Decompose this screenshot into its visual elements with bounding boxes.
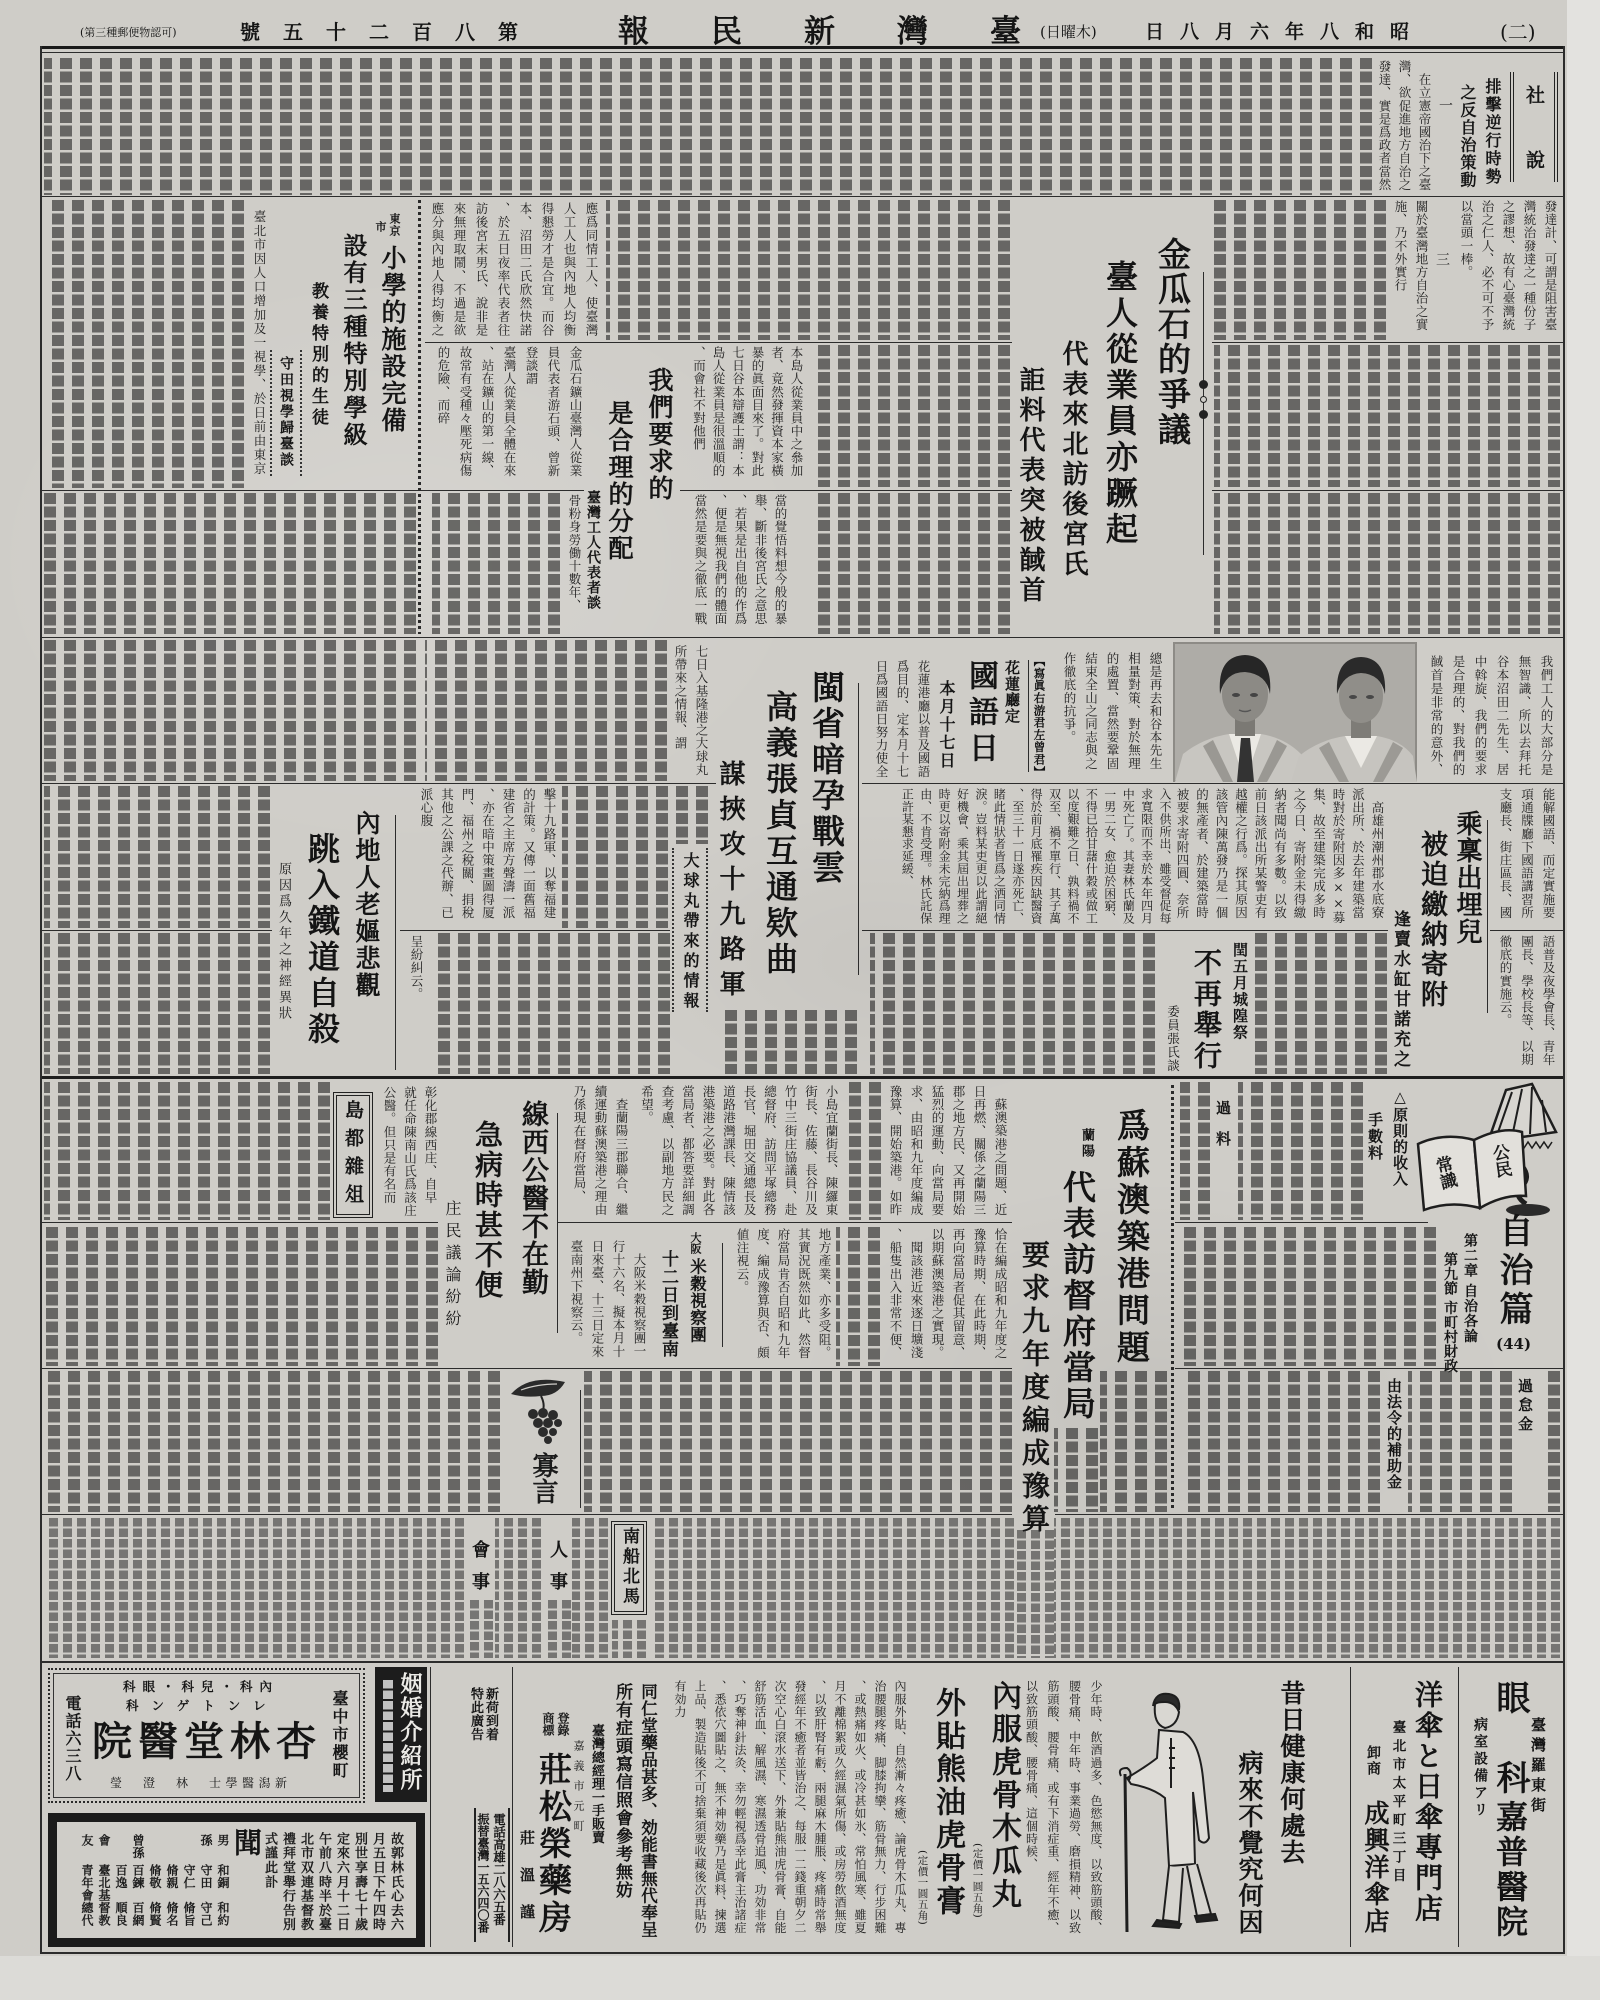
medicine-product: 內服虎骨木瓜丸 bbox=[988, 1680, 1018, 1911]
article-subhead: 跳入鐵道自殺 bbox=[306, 832, 338, 1048]
article-subhead: 本月十七日 bbox=[938, 680, 954, 770]
ornament-dot bbox=[1199, 380, 1208, 389]
body-text-block bbox=[810, 345, 1010, 487]
article-body: 能解國語、而定實施要項通牒廳下國語講習所支廳長、街庄區長、國 bbox=[1493, 788, 1559, 928]
medicine-tagline: 昔日健康何處去 bbox=[1279, 1680, 1304, 1866]
pharmacy-name: 莊松榮藥房 bbox=[537, 1752, 570, 1937]
clinic-name: 杏林堂醫院 bbox=[92, 1722, 322, 1762]
body-text-block bbox=[430, 933, 670, 1074]
article-body: 應爲同情工人、使臺灣人工人也與內地人均衡得懇勞才是合宜。而谷本、沼田二氏欣然快諾… bbox=[426, 202, 602, 340]
medicine-tagline: 病來不覺究何因 bbox=[1237, 1750, 1262, 1936]
body-text-block bbox=[44, 1371, 500, 1512]
article-headline: 不再舉行 bbox=[1192, 948, 1220, 1072]
body-text-block bbox=[1180, 1371, 1380, 1512]
body-text-block bbox=[1214, 345, 1560, 487]
tier-rule bbox=[1212, 490, 1563, 491]
article-subhead: 代表來北訪後宮氏 bbox=[1060, 340, 1086, 580]
article-subhead: 十二日到臺南 bbox=[659, 1250, 676, 1358]
body-text-block bbox=[1054, 1428, 1098, 1512]
family-column: 男和銅 和約 bbox=[214, 1834, 231, 1938]
article-column: 彰化郡線西庄、自早 bbox=[420, 1086, 441, 1220]
article-body: 我們工人的大部分是無智識、所以去拜托谷本沼田二先生、居中斡旋、我們的要求是合理的… bbox=[1425, 655, 1557, 780]
tier-rule bbox=[1175, 1222, 1428, 1223]
clinic-departments: 內科・兒科・眼科 bbox=[123, 1681, 279, 1694]
column-rule bbox=[580, 1390, 581, 1508]
article-body: 彰化郡線西庄、自早 就任命陳南山氏爲該庄 公醫。但只是有名而 bbox=[378, 1086, 440, 1220]
article-column: 就任命陳南山氏爲該庄 bbox=[399, 1086, 420, 1220]
arrival-notice-line: 新荷到着 bbox=[484, 1687, 497, 1741]
newspaper-page: (第三種郵便物認可) 第八百二十五號 臺灣新民報 (木曜日) 昭和八年六月八日 … bbox=[0, 0, 1600, 2000]
tier-rule bbox=[1175, 1368, 1563, 1369]
clinic-xray: レントゲン科 bbox=[126, 1700, 278, 1713]
eye-clinic-name: 嘉普醫院 bbox=[1494, 1800, 1526, 1940]
article-body: 高雄州潮州郡水底寮派出所、於去年建築當時對於寄附因多××募集、故至建築完成多時之… bbox=[1175, 788, 1387, 928]
editorial-headline-line1: 排擊逆行時勢 bbox=[1484, 78, 1500, 186]
body-text-block bbox=[674, 786, 708, 844]
article-paragraph: 聞該港近來逐日壙淺、船隻出入非常不便、並 bbox=[885, 1228, 927, 1363]
eye-clinic-note: 病室設備アリ bbox=[1473, 1717, 1487, 1819]
small-print-block bbox=[495, 1518, 541, 1658]
editorial-body: 關於臺灣地方自治之實施、乃不外實行 bbox=[1390, 200, 1432, 340]
body-text-block bbox=[1180, 1082, 1210, 1220]
article-subhead: 代表訪督府當局 bbox=[1061, 1170, 1094, 1422]
arrival-notice-line: 特此廣告 bbox=[469, 1687, 482, 1741]
article-body: 查蘭陽三郡聯合、繼續運動蘇澳築港之理由乃係現在督府當局、 bbox=[568, 1085, 632, 1220]
article-body: 本島人從業員中之叅加者、竟然發揮資本家橫暴的眞面目來了。對此七日谷本辯護士謂：本… bbox=[688, 346, 806, 486]
dongrentang-line: 所有症頭寫信照會參考無妨 bbox=[613, 1683, 630, 1899]
frame-right bbox=[1563, 46, 1565, 1954]
family-column: 百逸 順良 bbox=[112, 1834, 129, 1938]
clinic-doctor: 新潟醫學士 林 澄 瑩 bbox=[110, 1777, 292, 1789]
series-title: 自治篇 bbox=[1496, 1213, 1530, 1330]
small-print-block bbox=[650, 1518, 1014, 1658]
civics-subhead: 由法令的補助金 bbox=[1386, 1378, 1401, 1490]
body-text-block bbox=[606, 200, 1010, 340]
tier-rule bbox=[680, 490, 1012, 491]
small-print-block bbox=[1054, 1518, 1560, 1658]
civics-subhead: 手數料 bbox=[1367, 1112, 1382, 1162]
family-column: 孫守田 守己 bbox=[197, 1834, 214, 1938]
tier-rule bbox=[1490, 930, 1563, 931]
article-subhead: 急病時甚不便 bbox=[473, 1120, 501, 1300]
tier-rule bbox=[42, 196, 1563, 197]
dotted-column-rule bbox=[418, 200, 421, 634]
body-text-block bbox=[44, 640, 416, 781]
body-text-block bbox=[836, 1227, 880, 1366]
marriage-agency-title: 姻婚介紹所 bbox=[399, 1672, 421, 1792]
article-headline: 爲蘇澳築港問題 bbox=[1115, 1108, 1148, 1367]
frame-bottom bbox=[40, 1952, 1565, 1954]
body-text-block bbox=[432, 493, 560, 634]
small-print-block bbox=[612, 1620, 646, 1658]
article-headline: 米穀視察團 bbox=[688, 1258, 705, 1343]
article-body: 地方產業、亦多受阻。其實況既然如此、然督府當局肯否自昭和九年度、編成豫算與否、頗… bbox=[730, 1228, 834, 1363]
tier-rule bbox=[42, 1514, 1012, 1515]
small-print-block bbox=[467, 1600, 493, 1658]
umbrella-shop-name: 成興洋傘店 bbox=[1363, 1800, 1388, 1935]
article-headline: 閩省暗孕戰雲 bbox=[810, 670, 843, 886]
body-text-block bbox=[44, 1082, 330, 1220]
small-print-block bbox=[44, 1518, 464, 1658]
civics-subhead: △原則的收入 bbox=[1392, 1088, 1407, 1187]
article-kicker: 閏五月城隍祭 bbox=[1232, 942, 1247, 1041]
article-body: 擊十九路軍、以奪福建的計策。又傳一面舊福建省之主席方聲濤一派、亦在暗中策畫圖得厦… bbox=[415, 788, 559, 928]
interview-byline: 臺灣工人代表者談 bbox=[586, 490, 600, 610]
obituary-notice: 故郭林氏心去六月五日下午四時別世享壽七十歲定來六月十二日午前八時半於臺北市双連基… bbox=[258, 1832, 404, 1933]
dongrentang-line: 同仁堂藥品甚多、効能書無代奉呈 bbox=[639, 1683, 656, 1938]
lamp-and-book-illustration: 常識 公民 bbox=[1410, 1082, 1558, 1220]
body-text-block bbox=[44, 58, 1372, 195]
family-column: 會臺北基督教 bbox=[95, 1834, 112, 1938]
editorial-headline-line2: 之反自治策動 bbox=[1459, 84, 1475, 189]
body-text-block bbox=[584, 1371, 1012, 1512]
ad-rule bbox=[512, 1667, 513, 1947]
civics-subhead: 過怠金 bbox=[1517, 1378, 1532, 1435]
body-text-block bbox=[44, 786, 270, 928]
editorial-body: 發達計、可謂是阻害臺灣統治發達之一種份子之謬想、故有心臺灣統治之仁人、必不可不予… bbox=[1456, 200, 1561, 340]
article-byline: 委員張氏談 bbox=[1166, 1005, 1179, 1073]
article-body: 小島宜蘭街長、陳纙東街長、佐藤、長谷川及竹中三街庄協議員、赴總督府、訪問平塚總務… bbox=[635, 1085, 841, 1220]
article-subhead: 臺人從業員亦蹶起 bbox=[1104, 260, 1136, 548]
article-headline: 小學的施設完備 bbox=[380, 245, 405, 434]
article-body: 七日入基隆港之大球丸所帶來之情報、謂 bbox=[670, 645, 712, 781]
body-text-block bbox=[810, 493, 1010, 634]
ad-rule bbox=[430, 1667, 431, 1947]
body-text-block bbox=[1252, 933, 1387, 1074]
section-title: 第九節 市町村財政 bbox=[1443, 1252, 1457, 1373]
article-kicker: 逢賣水缸甘諾充之 bbox=[1391, 910, 1408, 1070]
medicine-price: (定價一圓五角) bbox=[917, 1850, 928, 1925]
tier-rule bbox=[557, 1222, 1012, 1223]
article-subhead: 設有三種特別學級 bbox=[341, 233, 365, 449]
article-kicker: 東京 bbox=[389, 213, 400, 237]
article-kicker: 花蓮廳定 bbox=[1004, 660, 1019, 724]
article-body: 蘇澳築港之問題、近日再燃、關係之蘭陽三郡之地方民、又再開始猛烈的運動、向當局要求… bbox=[885, 1085, 1011, 1220]
pharmacy-distributor: 臺灣總經理一手販賣 bbox=[590, 1724, 603, 1844]
tier-rule bbox=[42, 637, 1563, 638]
article-headline: 線西公醫不在勤 bbox=[519, 1100, 546, 1296]
meetings-heading: 會事 bbox=[470, 1540, 488, 1604]
column-rule bbox=[557, 1113, 558, 1333]
family-column: 脩親 脩名 bbox=[163, 1834, 180, 1938]
article-body: 臺北市因人口增加及一視學、於日前由東京教 bbox=[248, 210, 269, 488]
tier-rule bbox=[42, 783, 716, 784]
paper-edge bbox=[1567, 0, 1600, 2000]
body-text-block bbox=[1540, 1371, 1560, 1512]
page-number: (二) bbox=[1500, 22, 1536, 42]
ornament-dot bbox=[1200, 396, 1207, 403]
article-body: 語普及夜學會長、青年團長、學校長等、以期徹底的實施云。 bbox=[1493, 935, 1559, 1074]
column-rule bbox=[722, 1243, 723, 1347]
editorial-section-mark: 一 bbox=[1438, 98, 1452, 112]
body-text-block bbox=[1408, 1371, 1512, 1512]
portrait-photo bbox=[1173, 642, 1417, 782]
eye-clinic-location: 臺灣羅東街 bbox=[1530, 1717, 1545, 1817]
tier-rule bbox=[42, 1368, 1012, 1369]
civics-subhead: 過料 bbox=[1215, 1100, 1230, 1162]
medicine-price: (定價一圓五角) bbox=[972, 1843, 983, 1918]
article-body: 花蓮港廳以普及國語爲目的、定本月十七日爲國語日努力使全住民 bbox=[870, 660, 934, 782]
article-byline: 原因爲久年之神經異狀 bbox=[277, 862, 290, 1022]
family-column: 曾孫百鍊 百網 bbox=[129, 1834, 146, 1938]
medicine-product: 外貼熊油虎骨膏 bbox=[932, 1687, 962, 1918]
article-headline: 內地人老嫗悲觀 bbox=[354, 810, 379, 999]
body-text-block bbox=[870, 933, 1155, 1074]
pharmacy-trademark: 登錄商標 bbox=[540, 1712, 570, 1739]
frame-left bbox=[40, 46, 42, 1954]
tier-rule bbox=[862, 930, 1388, 931]
tier-rule bbox=[425, 342, 1012, 343]
column-title-quiet-words: 寡言 bbox=[528, 1451, 558, 1504]
interview-headline: 是合理的分配 bbox=[607, 400, 632, 562]
article-body: 呈紛糾云。 bbox=[404, 935, 426, 1035]
body-text-block bbox=[44, 933, 270, 1074]
newspaper-title: 臺灣新民報 bbox=[618, 17, 1083, 48]
photo-caption: 【寫眞右游君左曾君】 bbox=[1033, 655, 1045, 778]
body-text-block bbox=[1214, 200, 1386, 340]
editorial-label: 社說 bbox=[1524, 85, 1543, 215]
article-subhead: 謀挾攻十九路軍 bbox=[717, 760, 743, 1005]
dotted-column-rule bbox=[1171, 1085, 1174, 1510]
body-text-block bbox=[1238, 1082, 1363, 1220]
family-column: 守仁 脩旨 bbox=[180, 1834, 197, 1938]
umbrella-headline: 洋傘と日傘專門店 bbox=[1413, 1680, 1441, 1924]
ad-rule bbox=[1350, 1667, 1351, 1947]
grapes-illustration: 寡言 bbox=[503, 1372, 579, 1510]
article-subhead: 被迫繳納寄附 bbox=[1418, 830, 1445, 1010]
small-print-block bbox=[545, 1600, 571, 1658]
small-print-block bbox=[1014, 1530, 1054, 1658]
article-body: 大阪米穀視察團一行十六名、擬本月十日來臺、十三日定來臺南州下視察云。 bbox=[566, 1240, 650, 1364]
series-number: (44) bbox=[1496, 1337, 1531, 1352]
article-headline: 金瓜石的爭議 bbox=[1156, 237, 1189, 447]
travel-heading: 南船北馬 bbox=[620, 1527, 637, 1607]
article-headline: 乘稟出埋兒 bbox=[1454, 810, 1480, 945]
obituary-family-list: 男和銅 和約 孫守田 守己 守仁 脩旨 脩親 脩名 脩敬 脩賢 曾孫百鍊 百網 … bbox=[76, 1834, 231, 1938]
article-kicker: 大阪 bbox=[690, 1232, 701, 1254]
body-text-block bbox=[44, 200, 244, 488]
masthead-rule-thin bbox=[40, 52, 1565, 53]
interview-body: 骨粉身勞働十數年、 bbox=[562, 494, 584, 634]
interview-text: 臺灣人從業員全體在來、站在鑛山的第一線、故常有受種々壓死病傷的危險、而碎 bbox=[432, 346, 520, 486]
personnel-heading: 人事 bbox=[548, 1540, 566, 1604]
masthead-rule bbox=[40, 46, 1565, 49]
postal-note: (第三種郵便物認可) bbox=[80, 27, 177, 38]
ornament-dot bbox=[1199, 410, 1208, 419]
body-text-block bbox=[843, 1082, 881, 1220]
article-byline: 庄民議論紛紛 bbox=[444, 1200, 460, 1332]
obituary-word: 聞 bbox=[232, 1828, 260, 1856]
umbrella-address: 臺北市太平町三丁目 bbox=[1390, 1720, 1404, 1887]
article-paragraph: 恰在編成昭和九年度之豫算時期、在此時期、再向當局者促其留意、以期蘇澳築港之實現。 bbox=[927, 1228, 1011, 1363]
clinic-phone: 電話六三八 bbox=[64, 1695, 80, 1783]
interview-intro: 金瓜石鑛山臺灣人從業員代表者游石頭、曾新登談謂 bbox=[520, 346, 586, 486]
weekday: (木曜日) bbox=[1040, 25, 1097, 40]
pharmacy-address: 嘉義市元町 bbox=[573, 1740, 584, 1840]
article-kicker: 市 bbox=[375, 221, 386, 232]
article-headline: 國語日 bbox=[965, 660, 995, 768]
pharmacy-signature: 莊溫謹 bbox=[519, 1830, 534, 1941]
article-subhead: 詎料代表突被馘首 bbox=[1017, 366, 1043, 606]
interview-body: 金瓜石鑛山臺灣人從業員代表者游石頭、曾新登談謂 臺灣人從業員全體在來、站在鑛山的… bbox=[430, 346, 586, 486]
tier-rule bbox=[1212, 342, 1563, 343]
chapter-title: 第二章 自治各論 bbox=[1463, 1233, 1477, 1344]
contact-transfer: 振替臺灣一五六四〇番 bbox=[477, 1813, 489, 1933]
article-subhead: 高義張貞互通欵曲 bbox=[764, 690, 796, 978]
article-body: 當的覺悟料想今般的暴舉、斷非後宮氏之意思、若果是出自他的作爲、便是無視我們的體面… bbox=[690, 494, 790, 634]
column-rule bbox=[1487, 820, 1488, 1013]
body-text-block bbox=[562, 786, 668, 928]
article-column: 公醫。但只是有名而 bbox=[379, 1086, 400, 1220]
column-rule bbox=[395, 815, 396, 1070]
article-source: 大球丸帶來的情報 bbox=[682, 852, 698, 1012]
body-text-block bbox=[1214, 493, 1560, 634]
column-rule bbox=[858, 683, 859, 975]
ads-divider bbox=[42, 1661, 1563, 1663]
section-divider bbox=[42, 1076, 1563, 1079]
body-text-block bbox=[425, 640, 667, 781]
tier-rule bbox=[42, 490, 584, 491]
medicine-ad-body: 內服外貼、自然漸々疼癒、論虎骨木瓜丸、專治腰腿疼痛、脚膝拘攣、筋骨無力、行步困難… bbox=[660, 1680, 910, 1938]
body-text-block bbox=[717, 1010, 857, 1074]
issue-number: 第八百二十五號 bbox=[240, 22, 541, 42]
editorial-section-mark: 三 bbox=[1435, 252, 1449, 266]
editorial-body: 在立憲帝國治下之臺灣、欲促進地方自治之發達、實是爲政者當然 bbox=[1374, 60, 1434, 195]
clinic-address: 臺中市櫻町 bbox=[331, 1690, 347, 1780]
tier-rule bbox=[1055, 1514, 1563, 1515]
small-print-block bbox=[572, 1518, 608, 1658]
issue-date: 昭和八年六月八日 bbox=[1145, 23, 1425, 42]
article-body: 總是再去和谷本先生相量對策、對於無理的處置、當然要鞏固結束全山之同志與之作徹底的… bbox=[1058, 652, 1166, 780]
small-print-block bbox=[379, 1680, 393, 1792]
old-man-with-cane-illustration bbox=[1113, 1688, 1225, 1938]
contact-phone: 電話高雄二八六五番 bbox=[492, 1813, 505, 1926]
family-column: 脩敬 脩賢 bbox=[146, 1834, 163, 1938]
paper-bottom-margin bbox=[0, 1956, 1600, 2000]
body-text-block bbox=[44, 493, 416, 634]
article-subhead: 教養特別的生徒 bbox=[309, 282, 326, 429]
article-region: 蘭陽 bbox=[1080, 1128, 1093, 1160]
article-subhead: 要求九年度編成豫算 bbox=[1020, 1240, 1048, 1537]
body-text-block bbox=[44, 1227, 438, 1366]
article-byline: 守田視學歸臺談 bbox=[279, 356, 293, 468]
ad-rule bbox=[1458, 1667, 1459, 1947]
tier-rule bbox=[42, 930, 272, 931]
column-title: 島都雜俎 bbox=[343, 1100, 362, 1212]
column-rule bbox=[1028, 660, 1029, 772]
article-body: 恰在編成昭和九年度之豫算時期、在此時期、再向當局者促其留意、以期蘇澳築港之實現。… bbox=[885, 1228, 1011, 1363]
tier-rule bbox=[42, 1222, 438, 1223]
body-text-block bbox=[1100, 1371, 1167, 1512]
umbrella-role: 卸商 bbox=[1366, 1745, 1380, 1777]
family-column: 友青年會總代 bbox=[78, 1834, 95, 1938]
medicine-ad-body: 少年時、飲酒過多、色慾無度、以致筋頭酸、腰骨痛、中年時、事業過勞、磨損精神、以致… bbox=[1018, 1680, 1106, 1936]
tier-rule bbox=[862, 783, 1563, 784]
article-body: 入不供所出、雖受督促每求寬限而不幸於本年四月中死亡了。其妻林氏蘭及一男二女、愈迫… bbox=[880, 788, 1174, 926]
interview-headline: 我們要求的 bbox=[647, 367, 672, 502]
tier-rule bbox=[400, 930, 670, 931]
body-text-block bbox=[1178, 1227, 1436, 1366]
